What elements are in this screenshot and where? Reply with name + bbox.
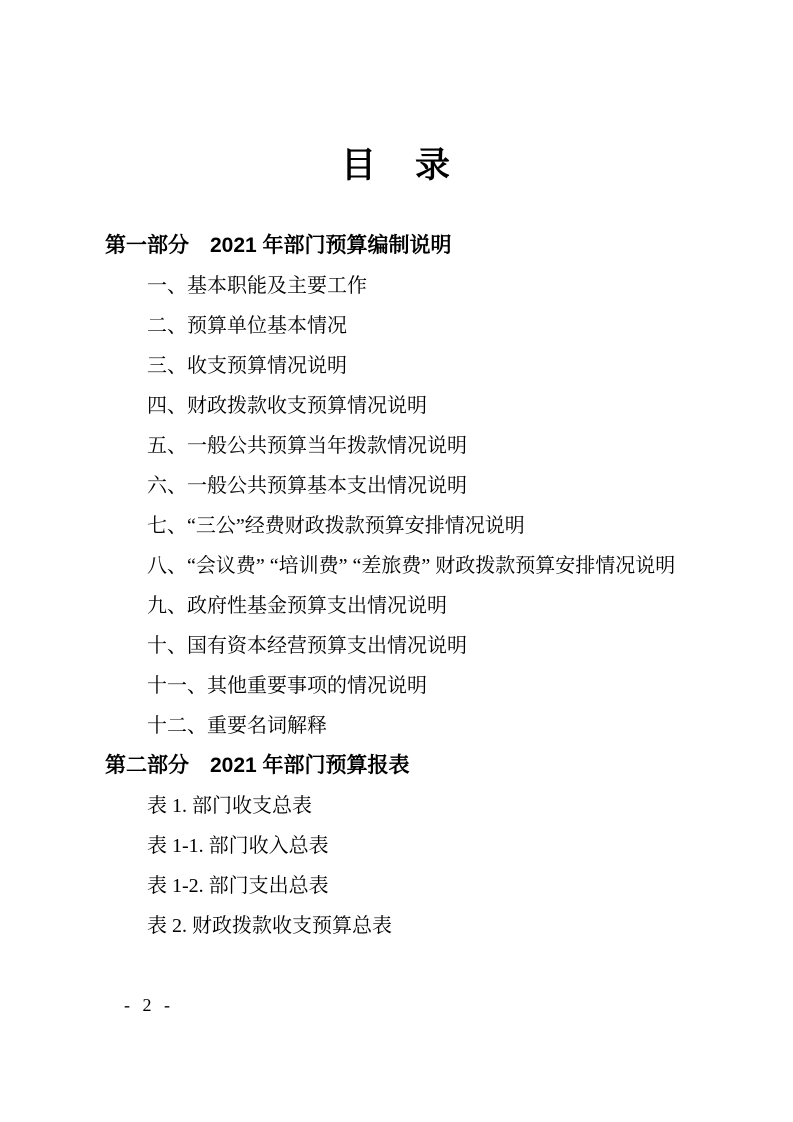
toc-item: 三、收支预算情况说明 [105,346,691,386]
toc-item: 表 2. 财政拨款收支预算总表 [105,906,691,946]
page-number: - 2 - [124,994,174,1016]
toc-item: 二、预算单位基本情况 [105,306,691,346]
page-title: 目 录 [0,142,793,190]
section-heading-part2: 第二部分 2021 年部门预算报表 [105,746,691,786]
document-page: 目 录 第一部分 2021 年部门预算编制说明 一、基本职能及主要工作 二、预算… [0,0,793,1122]
toc-item: 十二、重要名词解释 [105,706,691,746]
table-of-contents: 第一部分 2021 年部门预算编制说明 一、基本职能及主要工作 二、预算单位基本… [105,226,691,946]
toc-item: 十、国有资本经营预算支出情况说明 [105,626,691,666]
toc-item: 十一、其他重要事项的情况说明 [105,666,691,706]
toc-item: 六、一般公共预算基本支出情况说明 [105,466,691,506]
section-heading-part1: 第一部分 2021 年部门预算编制说明 [105,226,691,266]
toc-item: 八、“会议费” “培训费” “差旅费” 财政拨款预算安排情况说明 [105,546,691,586]
toc-item: 九、政府性基金预算支出情况说明 [105,586,691,626]
toc-item: 七、“三公”经费财政拨款预算安排情况说明 [105,506,691,546]
toc-item: 表 1. 部门收支总表 [105,786,691,826]
toc-item: 表 1-2. 部门支出总表 [105,866,691,906]
toc-item: 表 1-1. 部门收入总表 [105,826,691,866]
toc-item: 四、财政拨款收支预算情况说明 [105,386,691,426]
toc-item: 五、一般公共预算当年拨款情况说明 [105,426,691,466]
toc-item: 一、基本职能及主要工作 [105,266,691,306]
